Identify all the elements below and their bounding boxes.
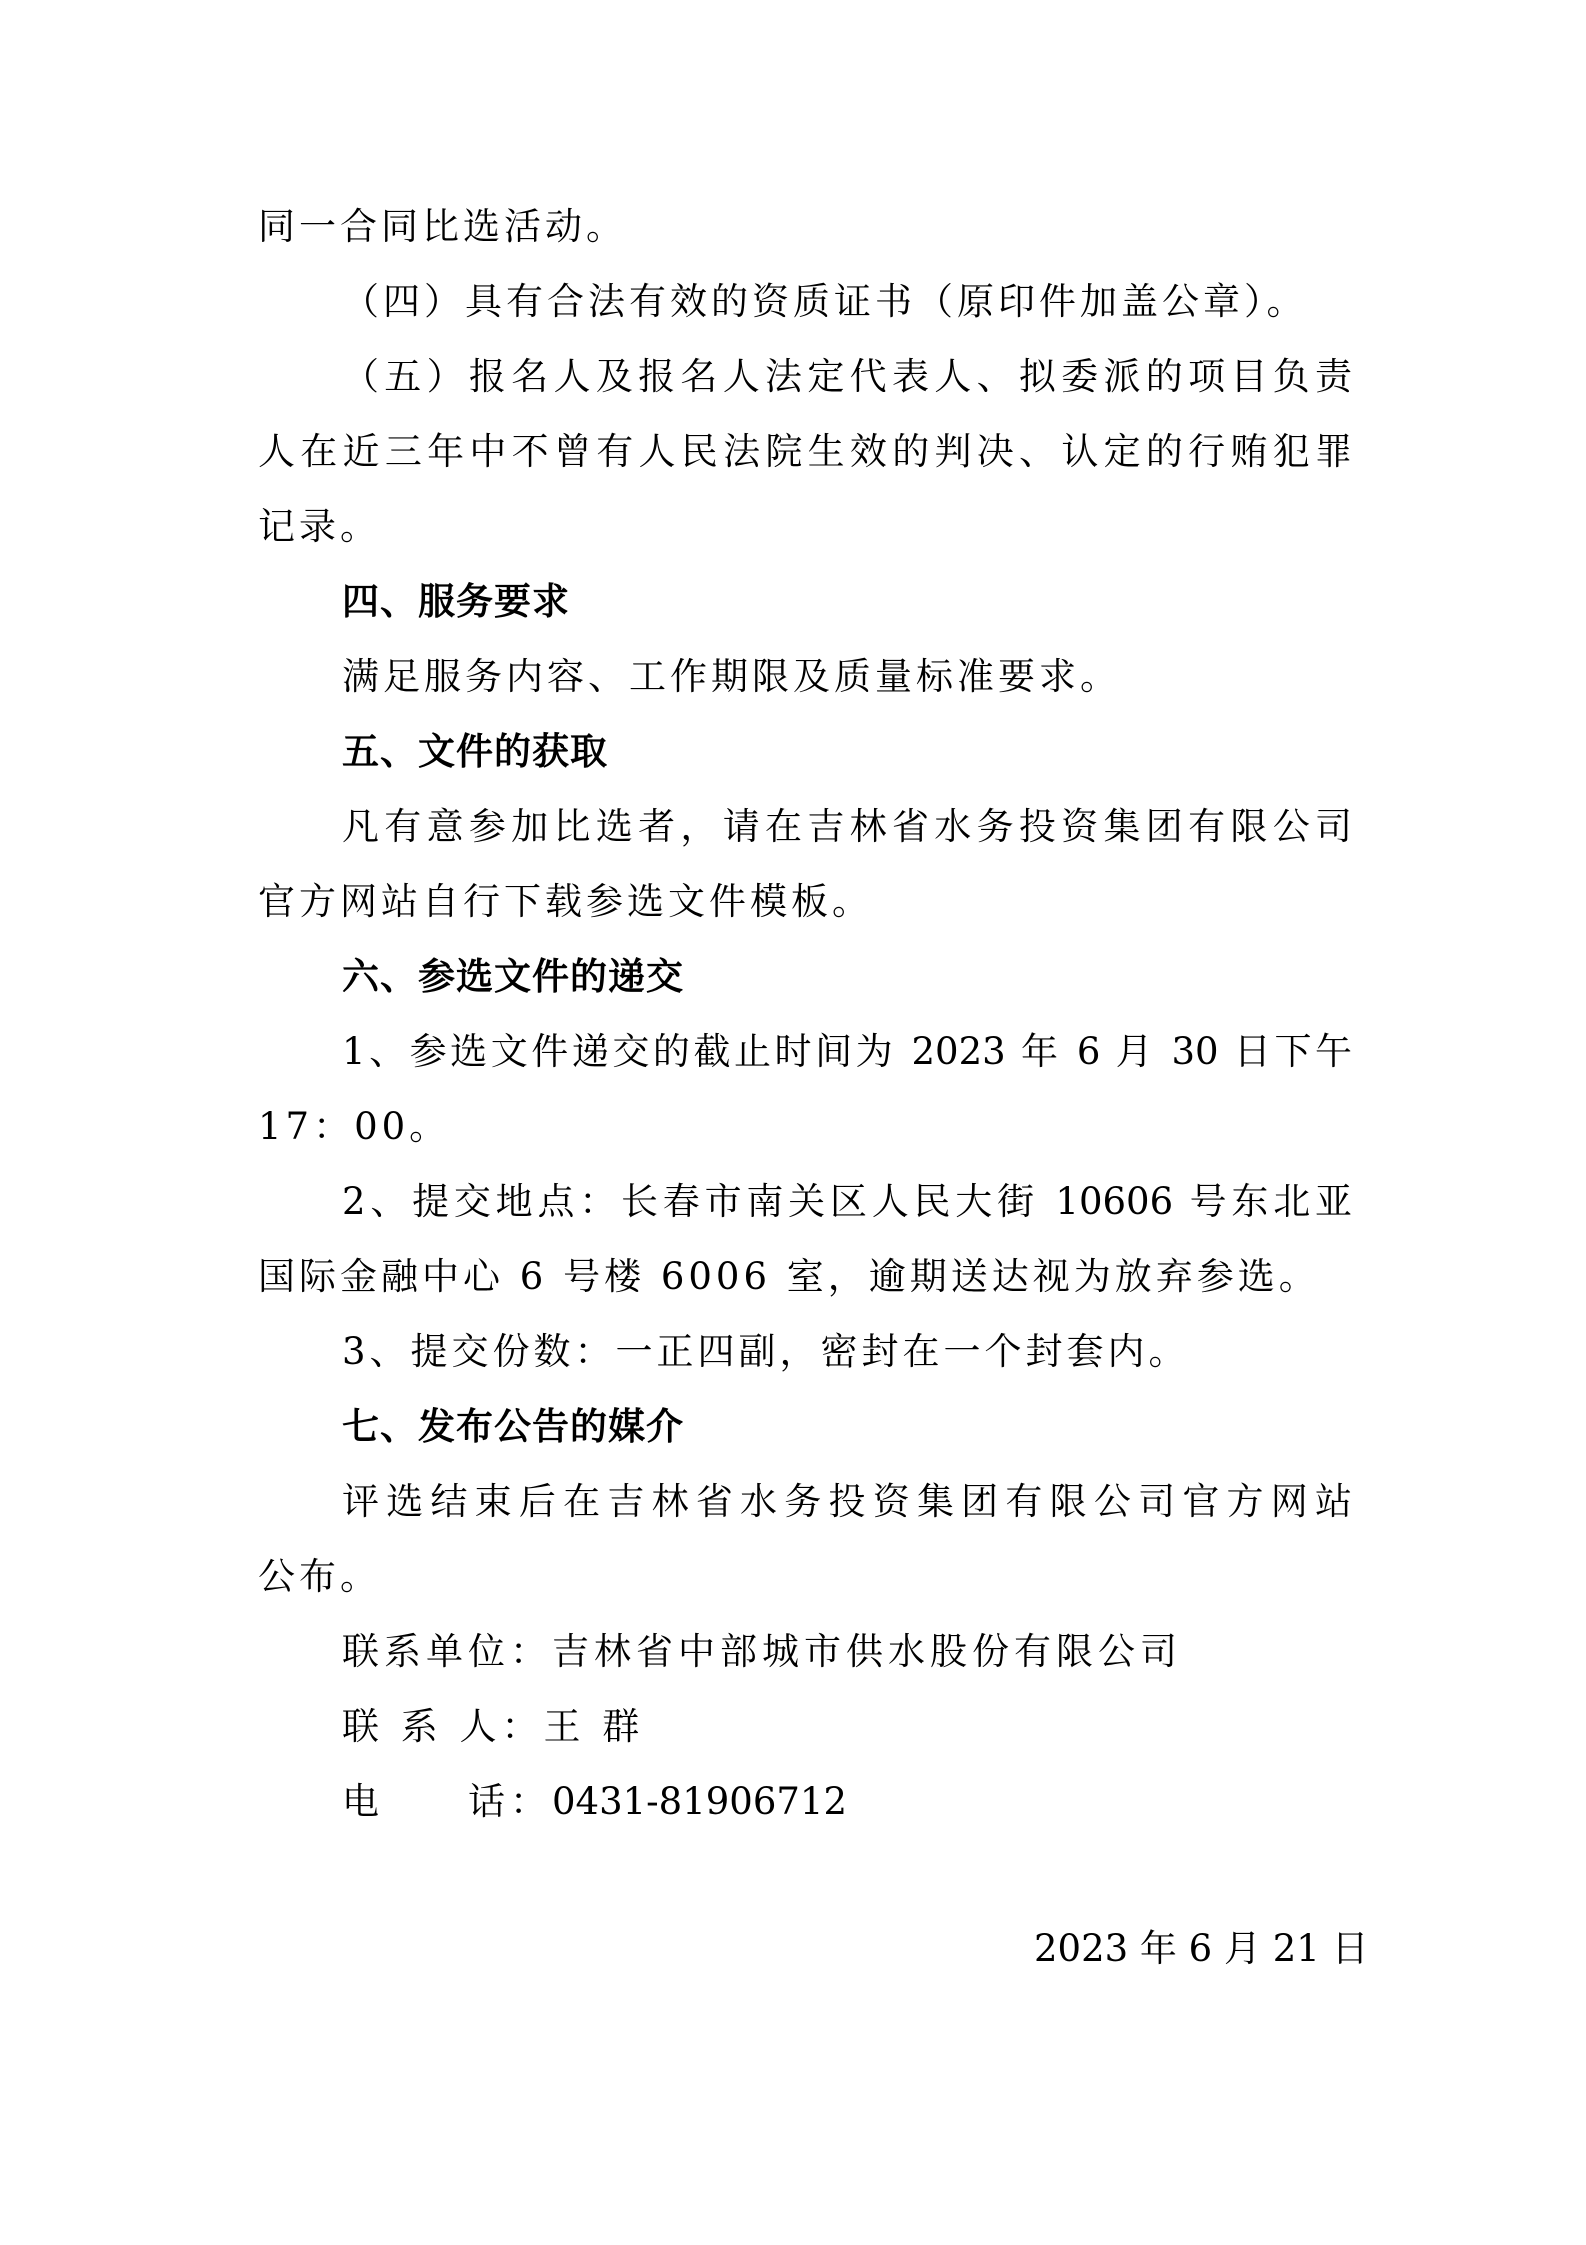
qualification-4-line: （四）具有合法有效的资质证书（原印件加盖公章）。 (342, 279, 1352, 325)
section-heading-publication-media: 七、发布公告的媒介 (342, 1404, 1352, 1450)
contact-phone-label: 电 话： (342, 1780, 552, 1823)
section-heading-document-acquisition: 五、文件的获取 (342, 729, 1352, 775)
contact-phone-value: 0431-81906712 (552, 1780, 847, 1823)
document-page: 同一合同比选活动。 （四）具有合法有效的资质证书（原印件加盖公章）。 （五）报名… (0, 0, 1586, 2245)
section-heading-service-requirements: 四、服务要求 (342, 579, 1352, 625)
publication-media-line-1: 评选结束后在吉林省水务投资集团有限公司官方网站 (342, 1479, 1352, 1525)
document-date: 2023 年 6 月 21 日 (1034, 1926, 1356, 1972)
document-acquisition-line-1: 凡有意参加比选者，请在吉林省水务投资集团有限公司 (342, 804, 1352, 850)
qualification-5-line-1: （五）报名人及报名人法定代表人、拟委派的项目负责 (342, 354, 1352, 400)
contact-person-value: 王 群 (544, 1705, 645, 1748)
contact-phone: 电 话：0431-81906712 (342, 1779, 1352, 1825)
contact-unit: 联系单位：吉林省中部城市供水股份有限公司 (342, 1629, 1352, 1675)
submission-location-line-2: 国际金融中心 6 号楼 6006 室，逾期送达视为放弃参选。 (258, 1254, 1352, 1300)
service-requirements-text: 满足服务内容、工作期限及质量标准要求。 (342, 654, 1352, 700)
submission-copies-line: 3、提交份数：一正四副，密封在一个封套内。 (342, 1329, 1352, 1375)
contact-unit-value: 吉林省中部城市供水股份有限公司 (552, 1630, 1182, 1673)
paragraph-continuation-line: 同一合同比选活动。 (258, 204, 1352, 250)
qualification-5-line-3: 记录。 (258, 504, 1352, 550)
submission-deadline-line-2: 17：00。 (258, 1104, 1352, 1150)
submission-location-line-1: 2、提交地点：长春市南关区人民大街 10606 号东北亚 (342, 1179, 1352, 1225)
contact-person-label: 联 系 人： (342, 1705, 544, 1748)
contact-person: 联 系 人：王 群 (342, 1704, 1352, 1750)
qualification-5-line-2: 人在近三年中不曾有人民法院生效的判决、认定的行贿犯罪 (258, 429, 1352, 475)
publication-media-line-2: 公布。 (258, 1554, 1352, 1600)
submission-deadline-line-1: 1、参选文件递交的截止时间为 2023 年 6 月 30 日下午 (342, 1029, 1352, 1075)
document-acquisition-line-2: 官方网站自行下载参选文件模板。 (258, 879, 1352, 925)
contact-unit-label: 联系单位： (342, 1630, 552, 1673)
section-heading-submission: 六、参选文件的递交 (342, 954, 1352, 1000)
